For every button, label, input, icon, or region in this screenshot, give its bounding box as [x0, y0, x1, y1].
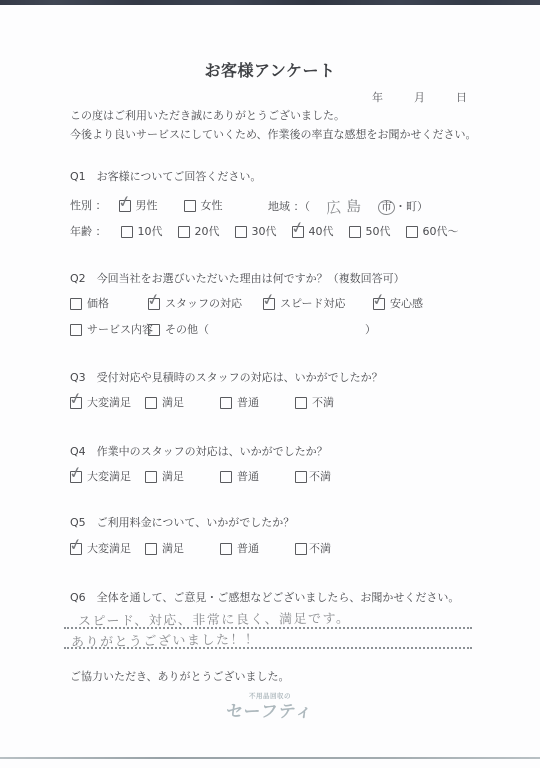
checkbox-icon: [235, 226, 247, 238]
region-suffix: 市・町）: [378, 200, 428, 215]
q2-option-speed: スピード対応: [263, 297, 346, 312]
age-option-50s: 50代: [349, 225, 391, 240]
q6-answer-line-2: ありがとうございました！！: [64, 628, 472, 649]
q5-option-very-satisfied: 大変満足: [70, 542, 131, 557]
q5-option-dissatisfied: 不満: [295, 542, 331, 557]
scan-edge-artifact: [0, 0, 540, 5]
region-suffix-text: ・町）: [395, 200, 428, 213]
q4-options-row: 大変満足 満足 普通 不満: [70, 470, 490, 486]
checkbox-icon: [148, 324, 160, 336]
q3-option-dissatisfied: 不満: [295, 396, 334, 411]
q2-option-other: その他（: [148, 323, 209, 338]
checkbox-icon: [145, 543, 157, 555]
checkbox-icon: [220, 471, 232, 483]
checkbox-icon: [70, 471, 82, 483]
checkbox-icon: [121, 226, 133, 238]
q4-heading: Q4 作業中のスタッフの対応は、いかがでしたか？: [70, 445, 328, 460]
checkbox-icon: [349, 226, 361, 238]
checkbox-label: 20代: [195, 225, 220, 240]
q6-handwritten-comment-2: ありがとうございました！！: [71, 632, 260, 653]
checkbox-label: 価格: [87, 297, 109, 312]
region-circled-option: 市: [378, 200, 395, 215]
checkbox-label: 男性: [136, 199, 158, 214]
checkbox-icon: [295, 397, 307, 409]
q1-age-row: 年齢 ： 10代 20代 30代 40代 50代 60代～: [70, 225, 459, 240]
checkbox-icon: [70, 324, 82, 336]
q3-option-satisfied: 満足: [145, 396, 184, 411]
q5-heading: Q5 ご利用料金について、いかがでしたか？: [70, 516, 294, 531]
checkbox-label: 女性: [201, 199, 223, 214]
q3-heading: Q3 受付対応や見積時のスタッフの対応は、いかがでしたか？: [70, 371, 383, 386]
checkbox-label: 普通: [237, 542, 259, 557]
intro-line-1: この度はご利用いただき誠にありがとうございました。: [70, 109, 345, 124]
checkbox-label: 満足: [162, 542, 184, 557]
checkbox-label: 40代: [309, 225, 334, 240]
q2-options-row1: 価格 スタッフの対応 スピード対応 安心感: [70, 297, 490, 313]
checkbox-label: 普通: [237, 470, 259, 485]
age-option-60s: 60代～: [406, 225, 459, 240]
checkbox-icon: [70, 397, 82, 409]
q2-heading: Q2 今回当社をお選びいただいた理由は何ですか？（複数回答可）: [70, 272, 405, 287]
checkbox-label: その他（: [165, 323, 209, 338]
checkbox-icon: [178, 226, 190, 238]
q6-answer-line-1: スピード、対応、非常に良く、満足です。: [64, 607, 472, 629]
checkbox-label: 大変満足: [87, 470, 131, 485]
logo-tagline: 不用品回収の: [0, 692, 540, 701]
q2-option-reassurance: 安心感: [373, 297, 423, 312]
age-label: 年齢 ：: [70, 225, 107, 240]
checkbox-label: 安心感: [390, 297, 423, 312]
gender-option-female: 女性: [184, 199, 223, 214]
age-option-30s: 30代: [235, 225, 277, 240]
q1-region-field: 地域 ：（ 広島 市・町）: [268, 197, 428, 217]
checkbox-label: 10代: [138, 225, 163, 240]
checkbox-label: スピード対応: [280, 297, 346, 312]
region-label: 地域 ：（: [268, 200, 310, 215]
checkbox-label: 不満: [312, 396, 334, 411]
q6-heading: Q6 全体を通して、ご意見・ご感想などございましたら、お聞かせください。: [70, 591, 459, 606]
date-line: 年 月 日: [372, 91, 467, 106]
q4-option-dissatisfied: 不満: [295, 470, 331, 485]
q1-gender-row: 性別 ： 男性 女性: [70, 199, 223, 214]
checkbox-label: 不満: [309, 542, 331, 557]
closing-message: ご協力いただき、ありがとうございました。: [70, 670, 290, 685]
checkbox-icon: [263, 298, 275, 310]
checkbox-icon: [148, 298, 160, 310]
checkbox-icon: [220, 543, 232, 555]
intro-line-2: 今後より良いサービスにしていくため、作業後の率直な感想をお聞かせください。: [70, 128, 477, 143]
logo-name: セーフティ: [225, 701, 315, 724]
q3-options-row: 大変満足 満足 普通 不満: [70, 396, 490, 412]
date-year-label: 年: [372, 91, 383, 106]
checkbox-icon: [220, 397, 232, 409]
checkbox-icon: [292, 226, 304, 238]
checkbox-label: 30代: [252, 225, 277, 240]
q2-option-service-content: サービス内容: [70, 323, 153, 338]
checkbox-icon: [295, 471, 307, 483]
age-option-20s: 20代: [178, 225, 220, 240]
q3-option-very-satisfied: 大変満足: [70, 396, 131, 411]
date-month-label: 月: [414, 91, 425, 106]
checkbox-icon: [70, 543, 82, 555]
page-title: お客様アンケート: [0, 60, 540, 82]
q1-heading: Q1 お客様についてご回答ください。: [70, 170, 261, 185]
age-option-10s: 10代: [121, 225, 163, 240]
region-handwritten-value: 広島: [325, 196, 366, 219]
q5-options-row: 大変満足 満足 普通 不満: [70, 542, 490, 558]
checkbox-label: サービス内容: [87, 323, 153, 338]
company-logo: 不用品回収の セーフティ: [0, 692, 540, 724]
q5-option-satisfied: 満足: [145, 542, 184, 557]
checkbox-icon: [184, 200, 196, 212]
checkbox-icon: [406, 226, 418, 238]
q2-option-price: 価格: [70, 297, 109, 312]
q2-options-row2: サービス内容 その他（ ）: [70, 323, 490, 339]
q3-option-average: 普通: [220, 396, 259, 411]
checkbox-icon: [295, 543, 307, 555]
q5-option-average: 普通: [220, 542, 259, 557]
checkbox-icon: [119, 200, 131, 212]
q4-option-satisfied: 満足: [145, 470, 184, 485]
q4-option-very-satisfied: 大変満足: [70, 470, 131, 485]
checkbox-label: 50代: [366, 225, 391, 240]
q2-option-staff-response: スタッフの対応: [148, 297, 242, 312]
survey-scan-page: お客様アンケート 年 月 日 この度はご利用いただき誠にありがとうございました。…: [0, 0, 540, 768]
checkbox-label: スタッフの対応: [165, 297, 242, 312]
other-close-paren: ）: [365, 323, 376, 338]
checkbox-label: 普通: [237, 396, 259, 411]
gender-label: 性別 ：: [70, 199, 107, 214]
gender-option-male: 男性: [119, 199, 158, 214]
checkbox-label: 満足: [162, 396, 184, 411]
q4-option-average: 普通: [220, 470, 259, 485]
checkbox-icon: [145, 471, 157, 483]
checkbox-icon: [145, 397, 157, 409]
paper-edge-line: [0, 757, 540, 759]
checkbox-label: 大変満足: [87, 396, 131, 411]
age-option-40s: 40代: [292, 225, 334, 240]
checkbox-icon: [70, 298, 82, 310]
date-day-label: 日: [456, 91, 467, 106]
checkbox-label: 大変満足: [87, 542, 131, 557]
checkbox-label: 60代～: [423, 225, 459, 240]
checkbox-label: 満足: [162, 470, 184, 485]
checkbox-label: 不満: [309, 470, 331, 485]
checkbox-icon: [373, 298, 385, 310]
